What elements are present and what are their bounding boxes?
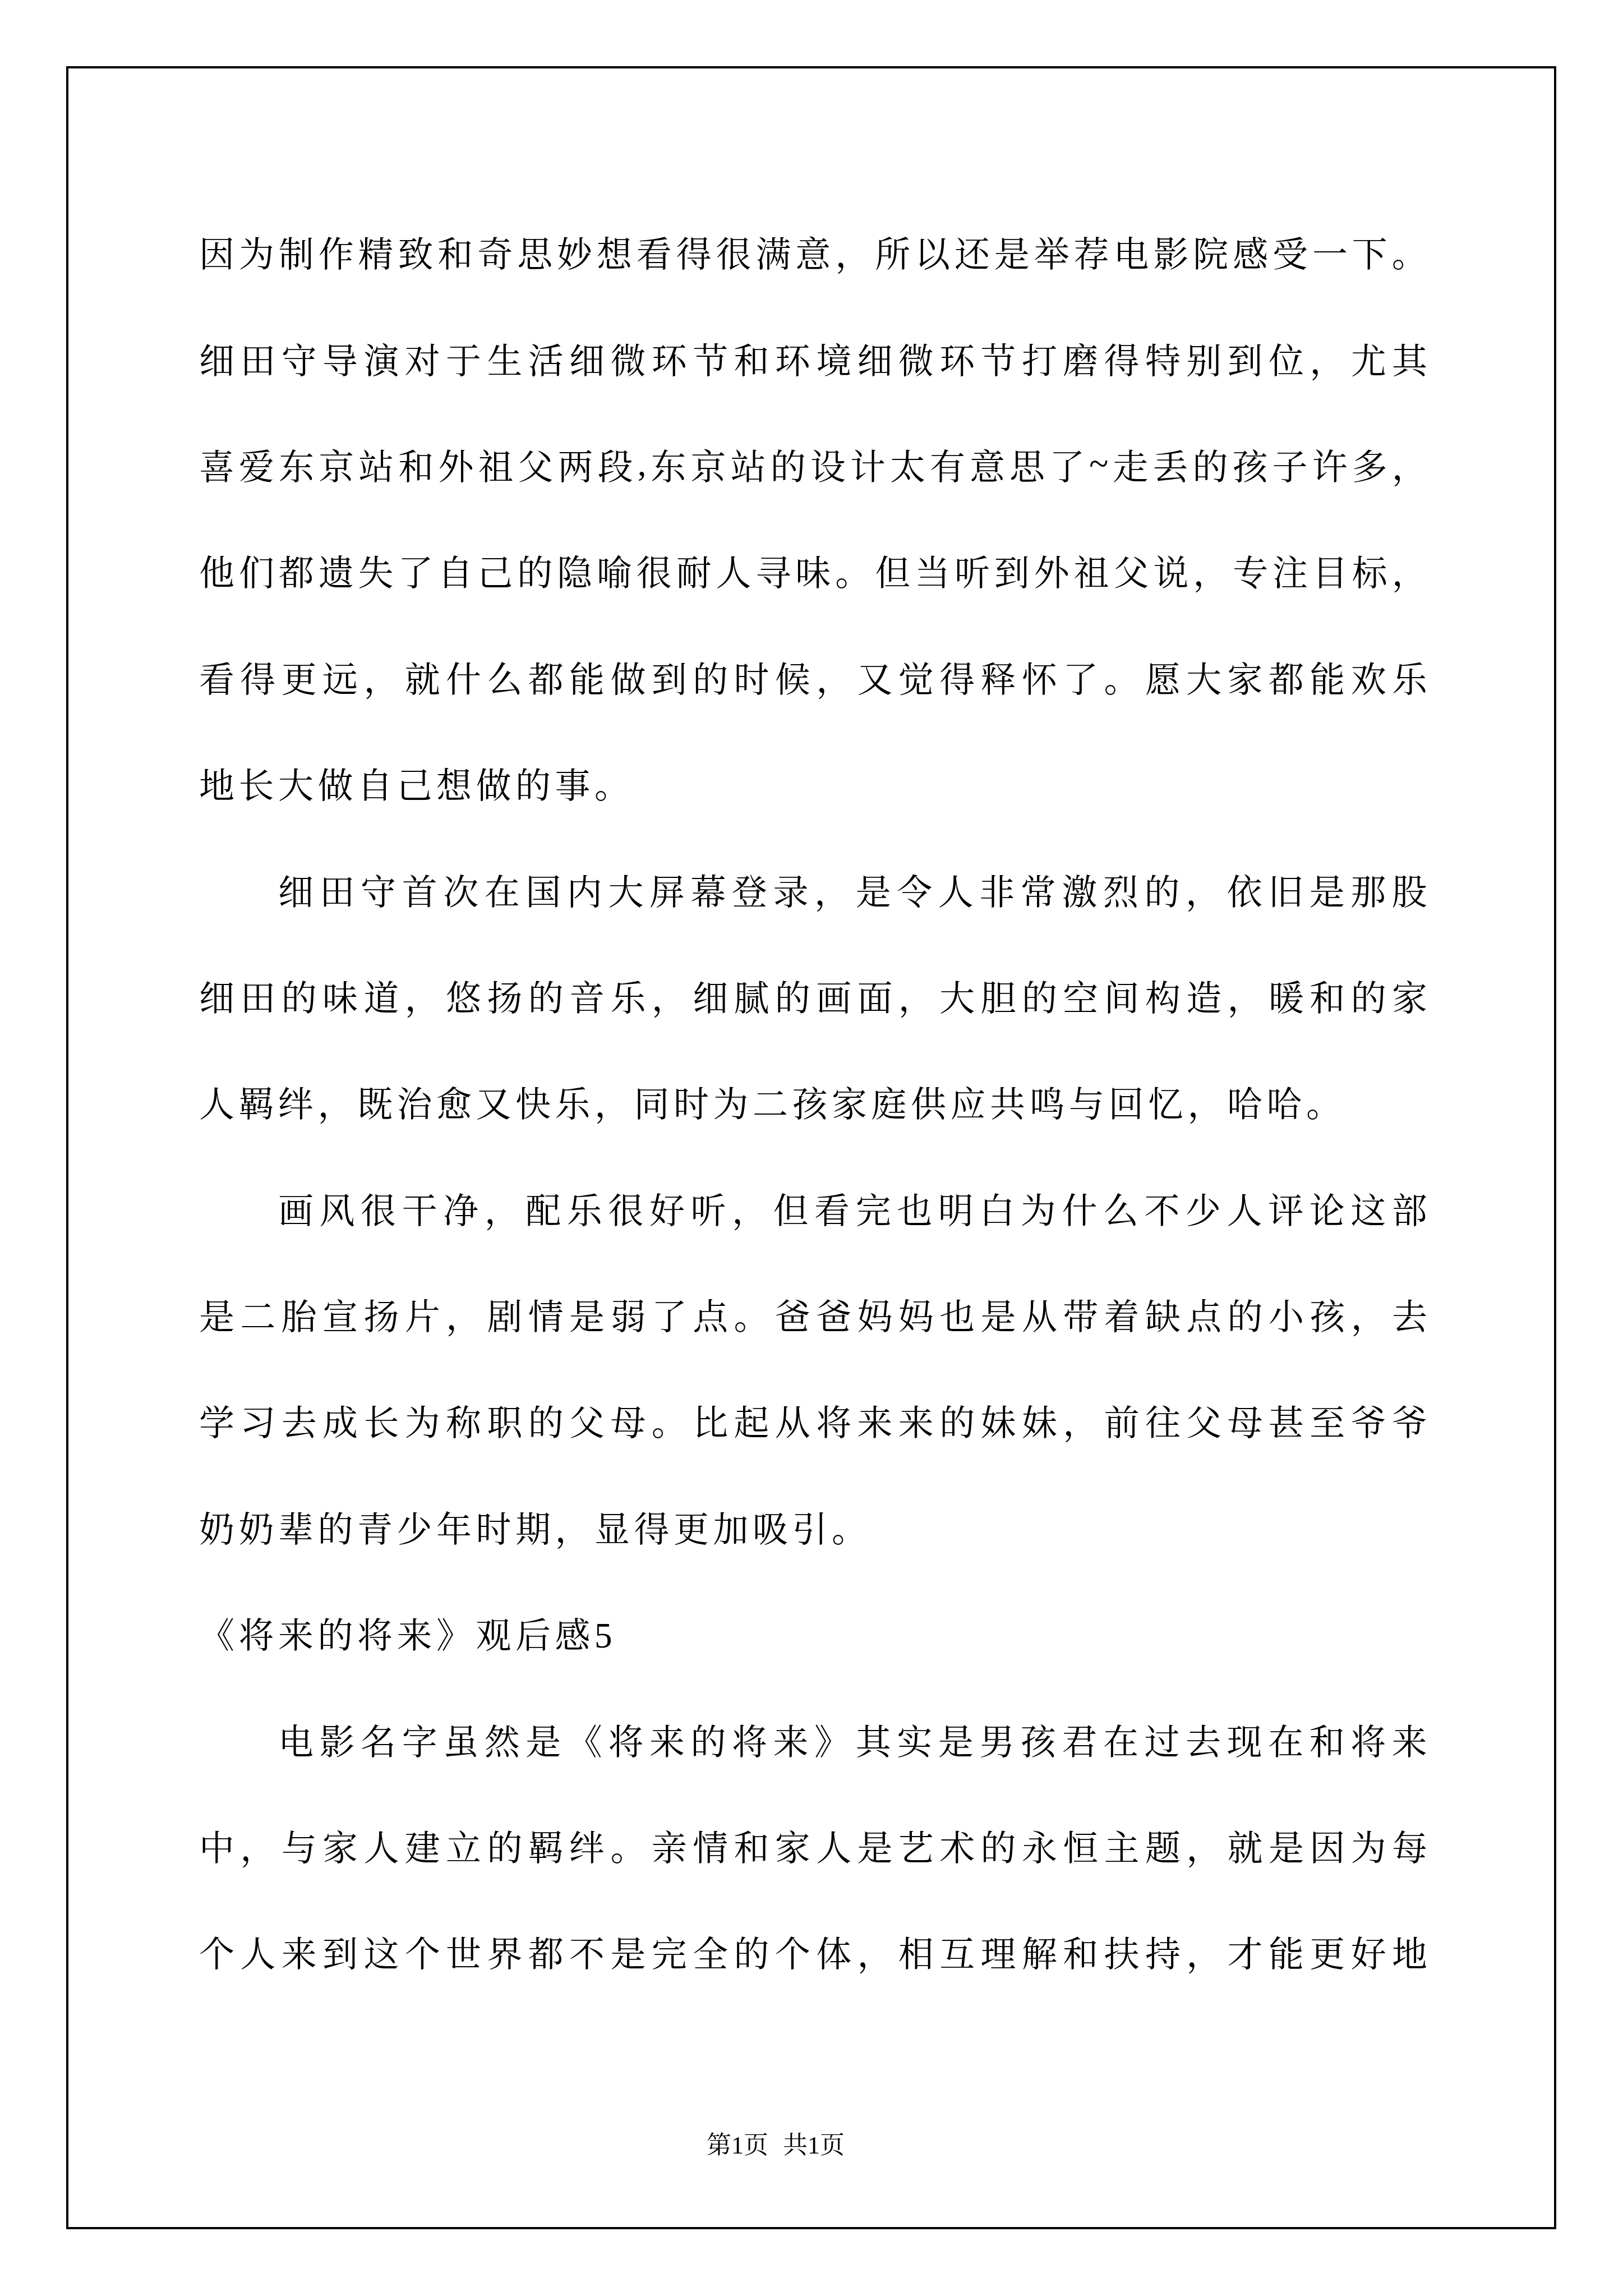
text-line-17: 个人来到这个世界都不是完全的个体，相互理解和扶持，才能更好地 (199, 1898, 1427, 2004)
text-line-2: 细田守导演对于生活细微环节和环境细微环节打磨得特别到位，尤其 (199, 305, 1427, 411)
footer-page-count: 共1页 (783, 2125, 845, 2161)
text-line-9: 人羁绊，既治愈又快乐，同时为二孩家庭供应共鸣与回忆，哈哈。 (199, 1048, 1427, 1154)
text-line-16: 中，与家人建立的羁绊。亲情和家人是艺术的永恒主题，就是因为每 (199, 1792, 1427, 1898)
page-footer: 第1页 共1页 (66, 2118, 1485, 2168)
text-line-14: 《将来的将来》观后感5 (199, 1580, 1427, 1686)
text-line-10: 画风很干净，配乐很好听，但看完也明白为什么不少人评论这部 (199, 1155, 1427, 1261)
text-line-6: 地长大做自己想做的事。 (199, 730, 1427, 836)
text-line-13: 奶奶辈的青少年时期，显得更加吸引。 (199, 1474, 1427, 1580)
text-line-4: 他们都遗失了自己的隐喻很耐人寻味。但当听到外祖父说，专注目标， (199, 517, 1427, 623)
text-line-3: 喜爱东京站和外祖父两段,东京站的设计太有意思了~走丢的孩子许多， (199, 411, 1427, 517)
text-line-15: 电影名字虽然是《将来的将来》其实是男孩君在过去现在和将来 (199, 1686, 1427, 1792)
footer-current-page: 第1页 (707, 2125, 768, 2161)
text-line-8: 细田的味道，悠扬的音乐，细腻的画面，大胆的空间构造，暖和的家 (199, 942, 1427, 1048)
text-line-7: 细田守首次在国内大屏幕登录，是令人非常激烈的，依旧是那股 (199, 836, 1427, 942)
text-line-5: 看得更远，就什么都能做到的时候，又觉得释怀了。愿大家都能欢乐 (199, 624, 1427, 730)
text-line-12: 学习去成长为称职的父母。比起从将来来的妹妹，前往父母甚至爷爷 (199, 1367, 1427, 1473)
text-line-1: 因为制作精致和奇思妙想看得很满意，所以还是举荐电影院感受一下。 (199, 199, 1427, 305)
text-line-11: 是二胎宣扬片，剧情是弱了点。爸爸妈妈也是从带着缺点的小孩，去 (199, 1261, 1427, 1367)
document-text: 因为制作精致和奇思妙想看得很满意，所以还是举荐电影院感受一下。细田守导演对于生活… (199, 199, 1427, 2005)
